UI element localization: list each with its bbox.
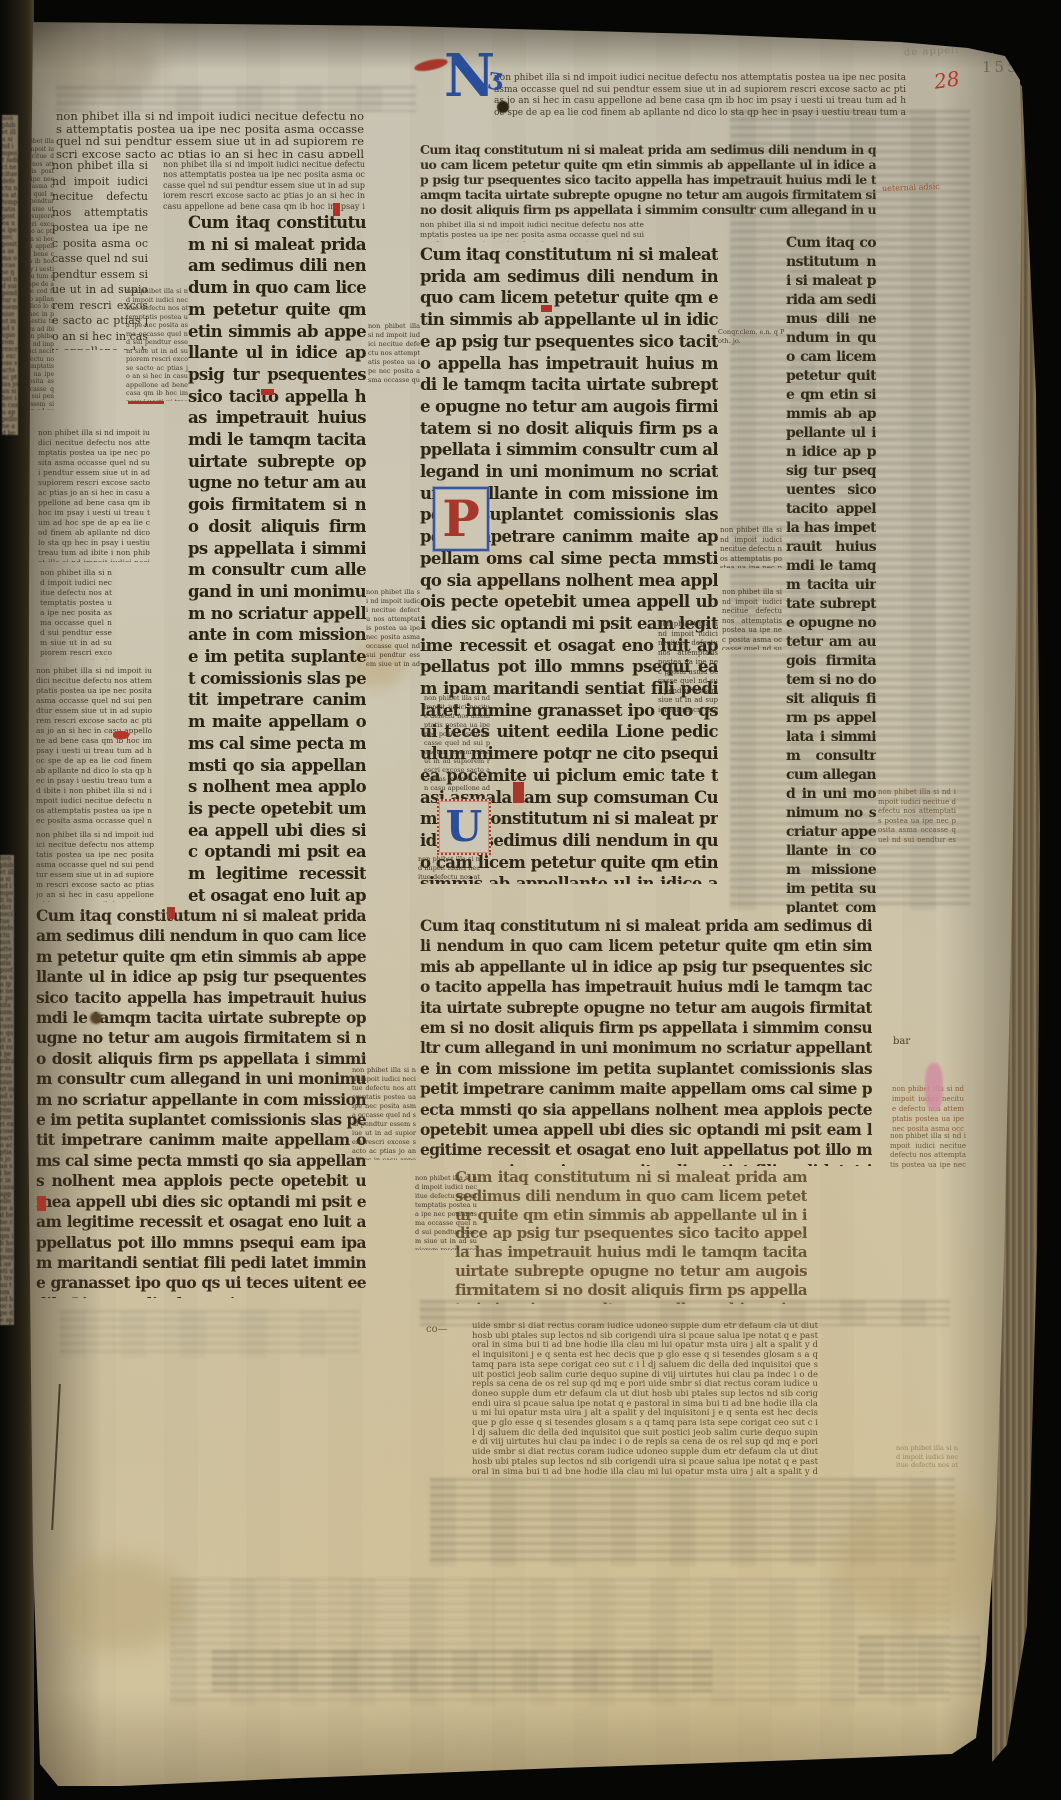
lower-left-block: Cum itaq constitutum ni si maleat prida …: [36, 906, 366, 1298]
showthrough-band-a: [212, 1650, 712, 1692]
red-oo-mark: [113, 731, 129, 739]
red-capital-i: [513, 782, 524, 803]
facing-page-edge-upper: non phibet illa si nd impoit iudici neci…: [2, 115, 18, 435]
pink-repair-patch: [925, 1063, 943, 1111]
rm-note-e: non phibet illa si nd impoit iudici neci…: [890, 1132, 966, 1170]
rm-gloss-c: non phibet illa si nd impoit iudici neci…: [722, 588, 782, 650]
intercolumn-note-a: non phibet illa si nd impoit iudici neci…: [368, 322, 420, 386]
initial-letter-p: P: [442, 494, 480, 544]
showthrough-band-b: [858, 1636, 980, 1694]
stain-top-corner: [40, 30, 160, 100]
rm-gloss-b: non phibet illa si nd impoit iudici neci…: [720, 526, 782, 568]
margin-co-mark: co—: [426, 1324, 448, 1335]
red-rubric-speck-c: [541, 305, 552, 312]
lower-right-continuation: Cum itaq constitutum ni si maleat prida …: [455, 1168, 807, 1304]
left-gloss-a: non phibet illa si nd impoit iudici neci…: [126, 287, 188, 401]
intercolumn-note-b: non phibet illa si nd impoit iudici neci…: [366, 588, 420, 670]
bottom-cursive-block: uide smbr si diat rectus coram iudice ud…: [472, 1322, 818, 1476]
folio-number-pencil: 155: [982, 58, 1020, 76]
top-gloss-note: non phibet illa si nd impoit iudici neci…: [494, 73, 906, 119]
initial-letter-u: U: [446, 805, 483, 849]
rm-faint-bottom: non phibet illa si nd impoit iudici neci…: [896, 1444, 958, 1472]
margin-note-bar: bar: [893, 1036, 910, 1047]
puzzle-initial-P: P: [433, 487, 489, 551]
right-narrow-column: Cum itaq constitutum ni si maleat prida …: [786, 234, 876, 914]
rm-gloss-d: non phibet illa si nd impoit iudici neci…: [658, 620, 718, 714]
manuscript-photograph: { "meta": { "description_title": "Mediev…: [0, 0, 1061, 1800]
intercolumn-note-c: non phibet illa si nd impoit iudici neci…: [424, 694, 490, 792]
left-gloss-e: non phibet illa si nd impoit iudici neci…: [36, 830, 154, 902]
left-gloss-c: non phibet illa si nd impoit iudici neci…: [40, 568, 112, 660]
stain-bottom-left: [56, 1556, 186, 1652]
red-rubric-speck-d: [167, 907, 175, 919]
intercolumn-note-d: non phibet illa si nd impoit iudici neci…: [418, 855, 480, 881]
showthrough-bottom-left: [60, 1310, 360, 1358]
red-paragraph-mark: [37, 1196, 46, 1211]
lower-right-block: Cum itaq constitutum ni si maleat prida …: [420, 916, 872, 1166]
quire-number-red: 28: [932, 66, 961, 93]
running-header-letter: N: [444, 47, 495, 106]
red-rubric-speck-b: [261, 389, 274, 395]
red-rubric-speck-a: [333, 203, 340, 216]
main-left-column: Cum itaq constitutum ni si maleat prida …: [188, 212, 366, 906]
left-gloss-d: non phibet illa si nd impoit iudici neci…: [36, 666, 152, 826]
margin-note-conqr: Conqr.clem. e.n. q Poth. jo.: [718, 328, 786, 346]
stain-bottom-right: [835, 1495, 1005, 1625]
header-dark-dot: [497, 101, 509, 113]
parchment-page: P U N ʒ 155 de appell 28 ueternai adsic …: [0, 0, 1061, 1800]
rm-note-inbee: non phibet illa si nd impoit iudici neci…: [878, 788, 956, 842]
ink-spot: [90, 1012, 102, 1024]
right-top-wide: Cum itaq constitutum ni si maleat prida …: [420, 142, 876, 218]
red-underline: [128, 401, 164, 404]
right-top-small: non phibet illa si nd impoit iudici neci…: [420, 220, 644, 242]
facing-page-edge-lower: non phibet illa si nd impoit iudici neci…: [0, 855, 14, 1325]
filigree-initial-U: U: [437, 799, 491, 855]
upper-left-lines: non phibet illa si nd impoit iudici neci…: [56, 110, 364, 158]
left-gloss-b: non phibet illa si nd impoit iudici neci…: [38, 428, 150, 562]
intercolumn-note-adhuc2: non phibet illa si nd impoit iudici neci…: [415, 1174, 477, 1250]
intercolumn-note-adhuc: non phibet illa si nd impoit iudici neci…: [352, 1066, 416, 1160]
